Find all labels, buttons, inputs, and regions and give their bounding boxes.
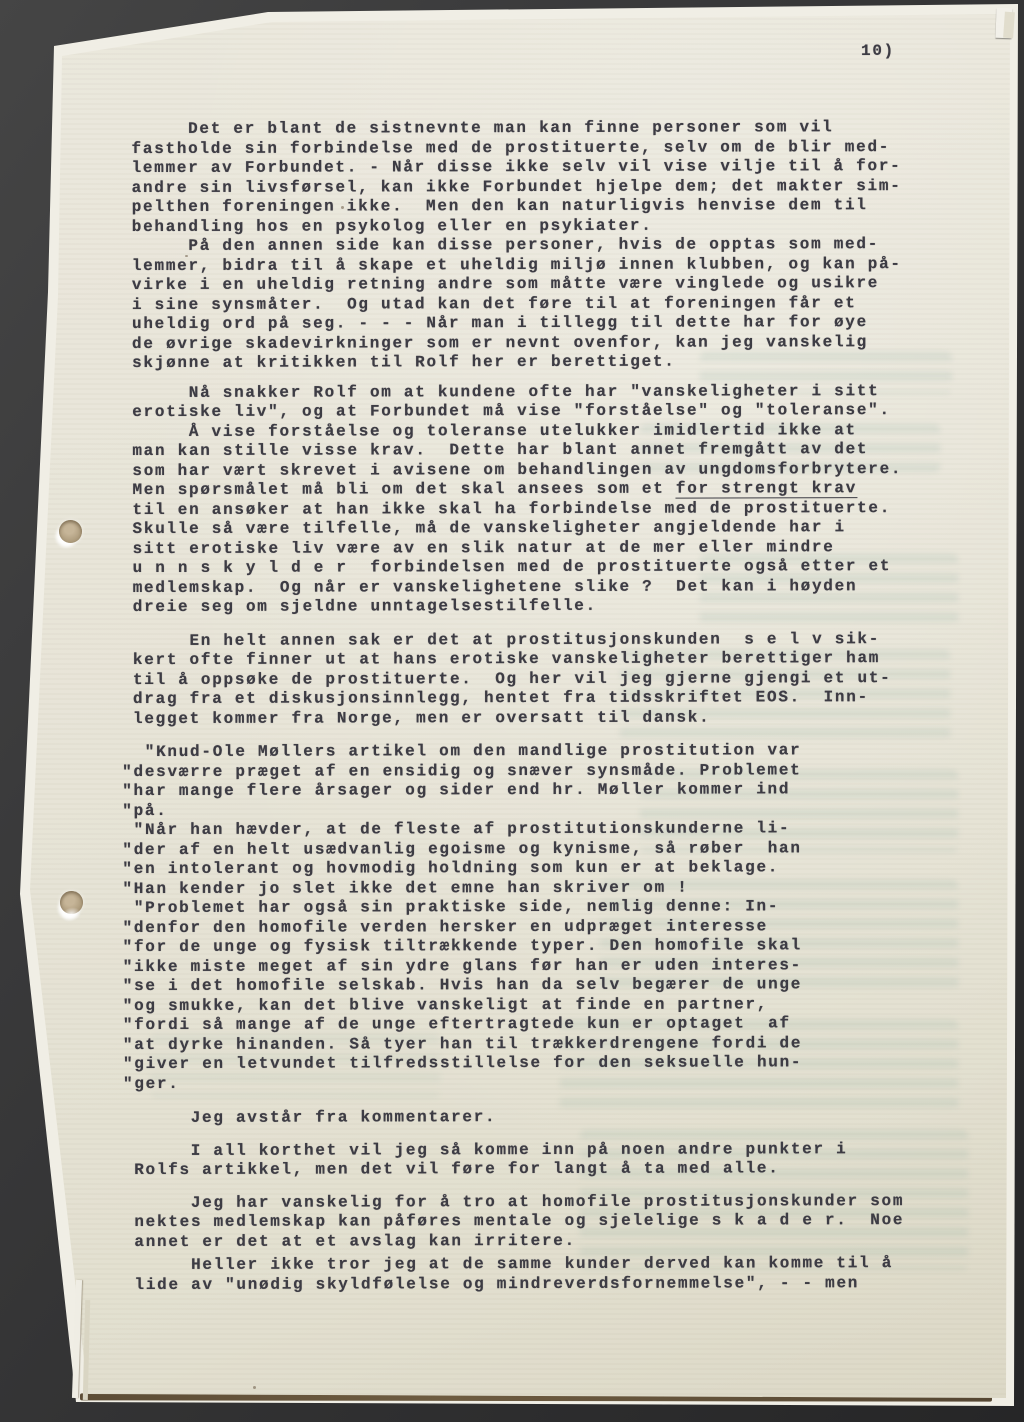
underlined-phrase: for strengt krav xyxy=(676,479,857,498)
paragraph-5: Jeg avstår fra kommentarer. xyxy=(134,1107,944,1129)
page-edge-sliver xyxy=(1003,12,1015,39)
paper-speck xyxy=(253,1386,256,1389)
paragraph-8: Heller ikke tror jeg at de samme kunder … xyxy=(134,1254,944,1295)
paragraph-4: En helt annen sak er det at prostitusjon… xyxy=(133,629,943,729)
paragraph-3: Nå snakker Rolf om at kundene ofte har "… xyxy=(132,381,943,617)
paragraph-3-text: til en ansøker at han ikke skal ha forbi… xyxy=(132,479,891,616)
typewritten-body: Det er blant de sistnevnte man kan finne… xyxy=(131,118,944,1295)
page-number: 10) xyxy=(861,42,895,60)
paragraph-2: På den annen side kan disse personer, hv… xyxy=(132,235,942,374)
paragraph-1: Det er blant de sistnevnte man kan finne… xyxy=(131,118,941,237)
punch-hole xyxy=(59,520,82,543)
photo-background: 10) Det er blant de sistnevnte man kan f… xyxy=(0,0,1024,1422)
paragraph-7: Jeg har vanskelig for å tro at homofile … xyxy=(134,1191,944,1252)
quoted-excerpt: "Knud-Ole Møllers artikel om den mandlig… xyxy=(122,741,944,1094)
paragraph-6: I all korthet vil jeg så komme inn på no… xyxy=(134,1139,944,1180)
